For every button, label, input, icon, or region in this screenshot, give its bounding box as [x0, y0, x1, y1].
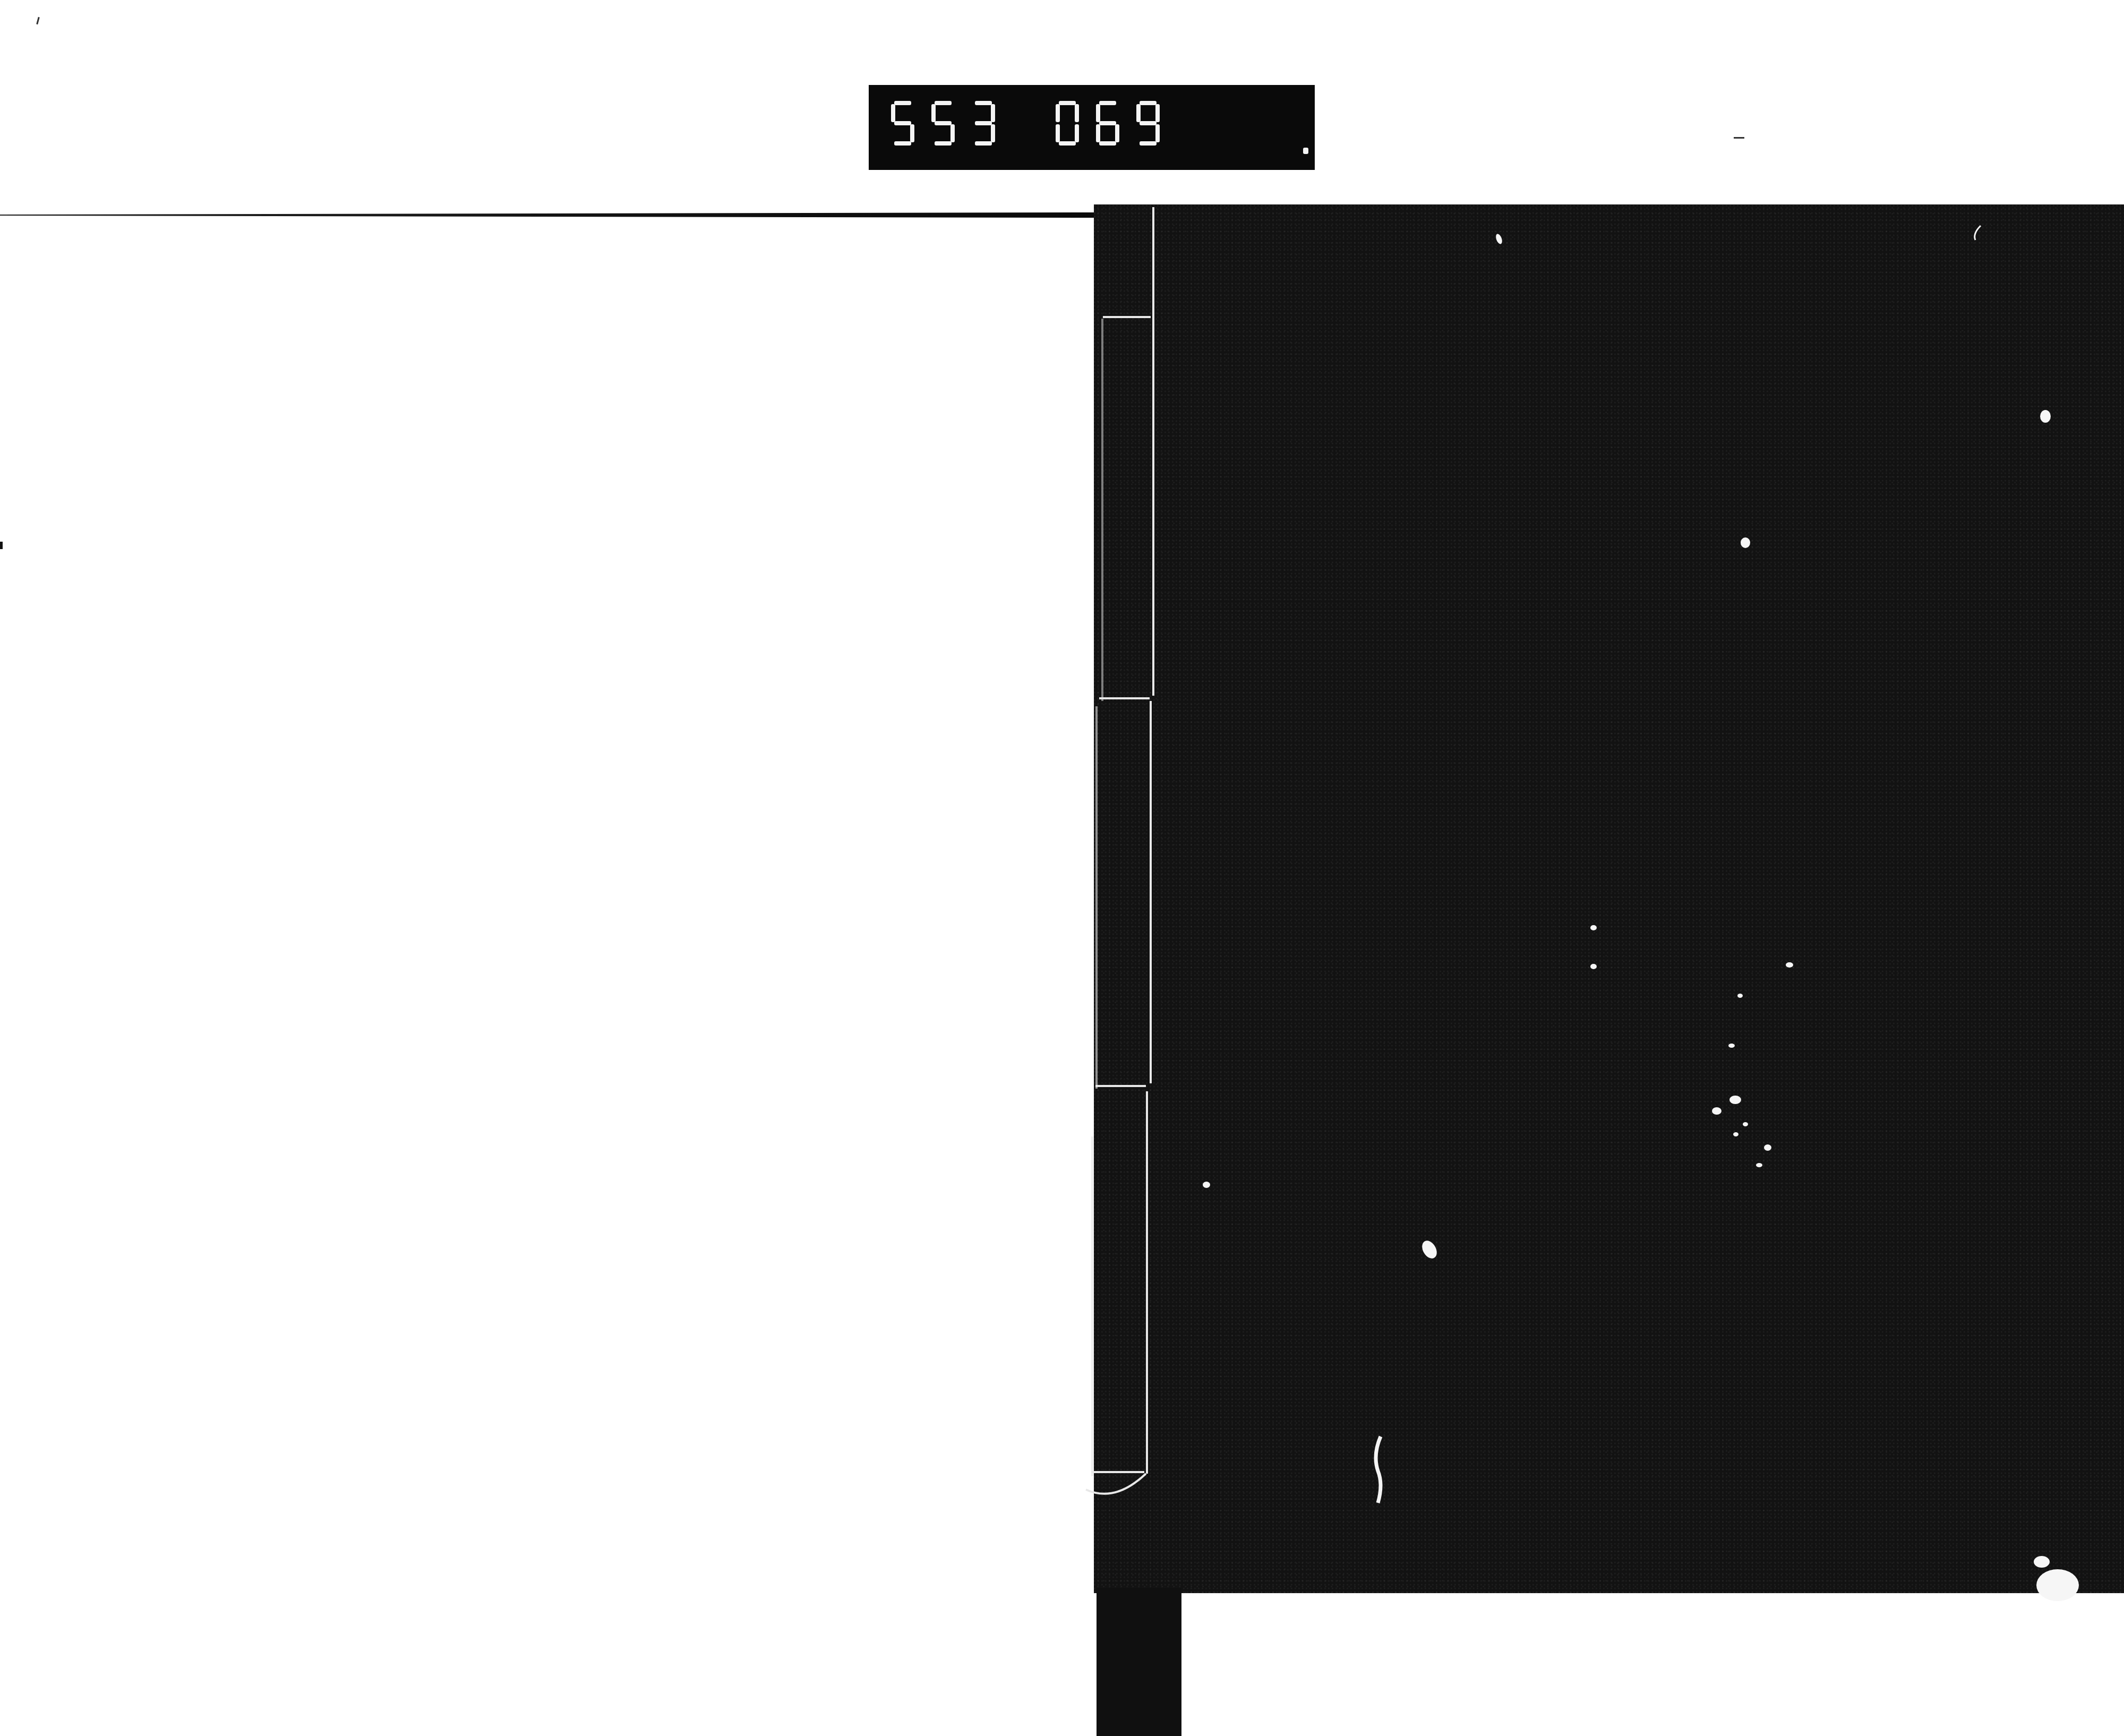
blemish: [1729, 1096, 1741, 1104]
segment-digit: [890, 100, 915, 147]
frame-number-left: 553: [890, 100, 996, 147]
blemish: [1786, 962, 1793, 968]
frame-number-label: 553 069: [869, 85, 1315, 170]
page-edge-line: [0, 212, 1104, 218]
frame-number-right: 069: [1055, 100, 1161, 147]
binding-thread-line: [1095, 706, 1098, 1089]
binding-stitch: [1103, 316, 1151, 318]
book-spine-tail: [1097, 1588, 1181, 1736]
segment-digit: [1135, 100, 1161, 147]
binding-stitch: [1095, 1085, 1146, 1087]
binding-thread-line: [1150, 701, 1152, 1083]
blemish: [1756, 1163, 1762, 1167]
decimal-point-icon: [1303, 148, 1308, 154]
blemish: [2034, 1556, 2050, 1568]
book-cover: [1094, 204, 2124, 1593]
page-speck: [36, 17, 40, 24]
scratch-mark: [1370, 1434, 1391, 1508]
blemish: [1203, 1182, 1210, 1188]
page-speck: [1734, 137, 1744, 139]
binding-corner-curve: [1083, 1466, 1158, 1503]
blemish: [2036, 1569, 2079, 1601]
blemish: [1743, 1122, 1748, 1126]
blemish: [1590, 925, 1597, 930]
microfilm-frame: 553 069: [0, 0, 2124, 1736]
blemish: [1733, 1132, 1738, 1136]
segment-digit: [971, 100, 996, 147]
binding-thread-line: [1091, 1136, 1093, 1476]
blemish: [1712, 1107, 1722, 1115]
blemish: [2040, 410, 2051, 423]
blemish: [1728, 1044, 1735, 1048]
blemish: [1737, 994, 1743, 998]
blemish: [1590, 964, 1597, 969]
page-speck: [0, 542, 3, 549]
segment-digit: [930, 100, 956, 147]
binding-thread-line: [1146, 1091, 1148, 1474]
scratch-mark: [1965, 223, 1986, 244]
binding-stitch: [1099, 697, 1150, 699]
binding-thread-line: [1101, 319, 1103, 701]
blemish: [1764, 1144, 1771, 1151]
binding-thread-line: [1152, 207, 1154, 696]
segment-digit: [1055, 100, 1080, 147]
segment-digit: [1095, 100, 1120, 147]
blemish: [1741, 537, 1750, 548]
